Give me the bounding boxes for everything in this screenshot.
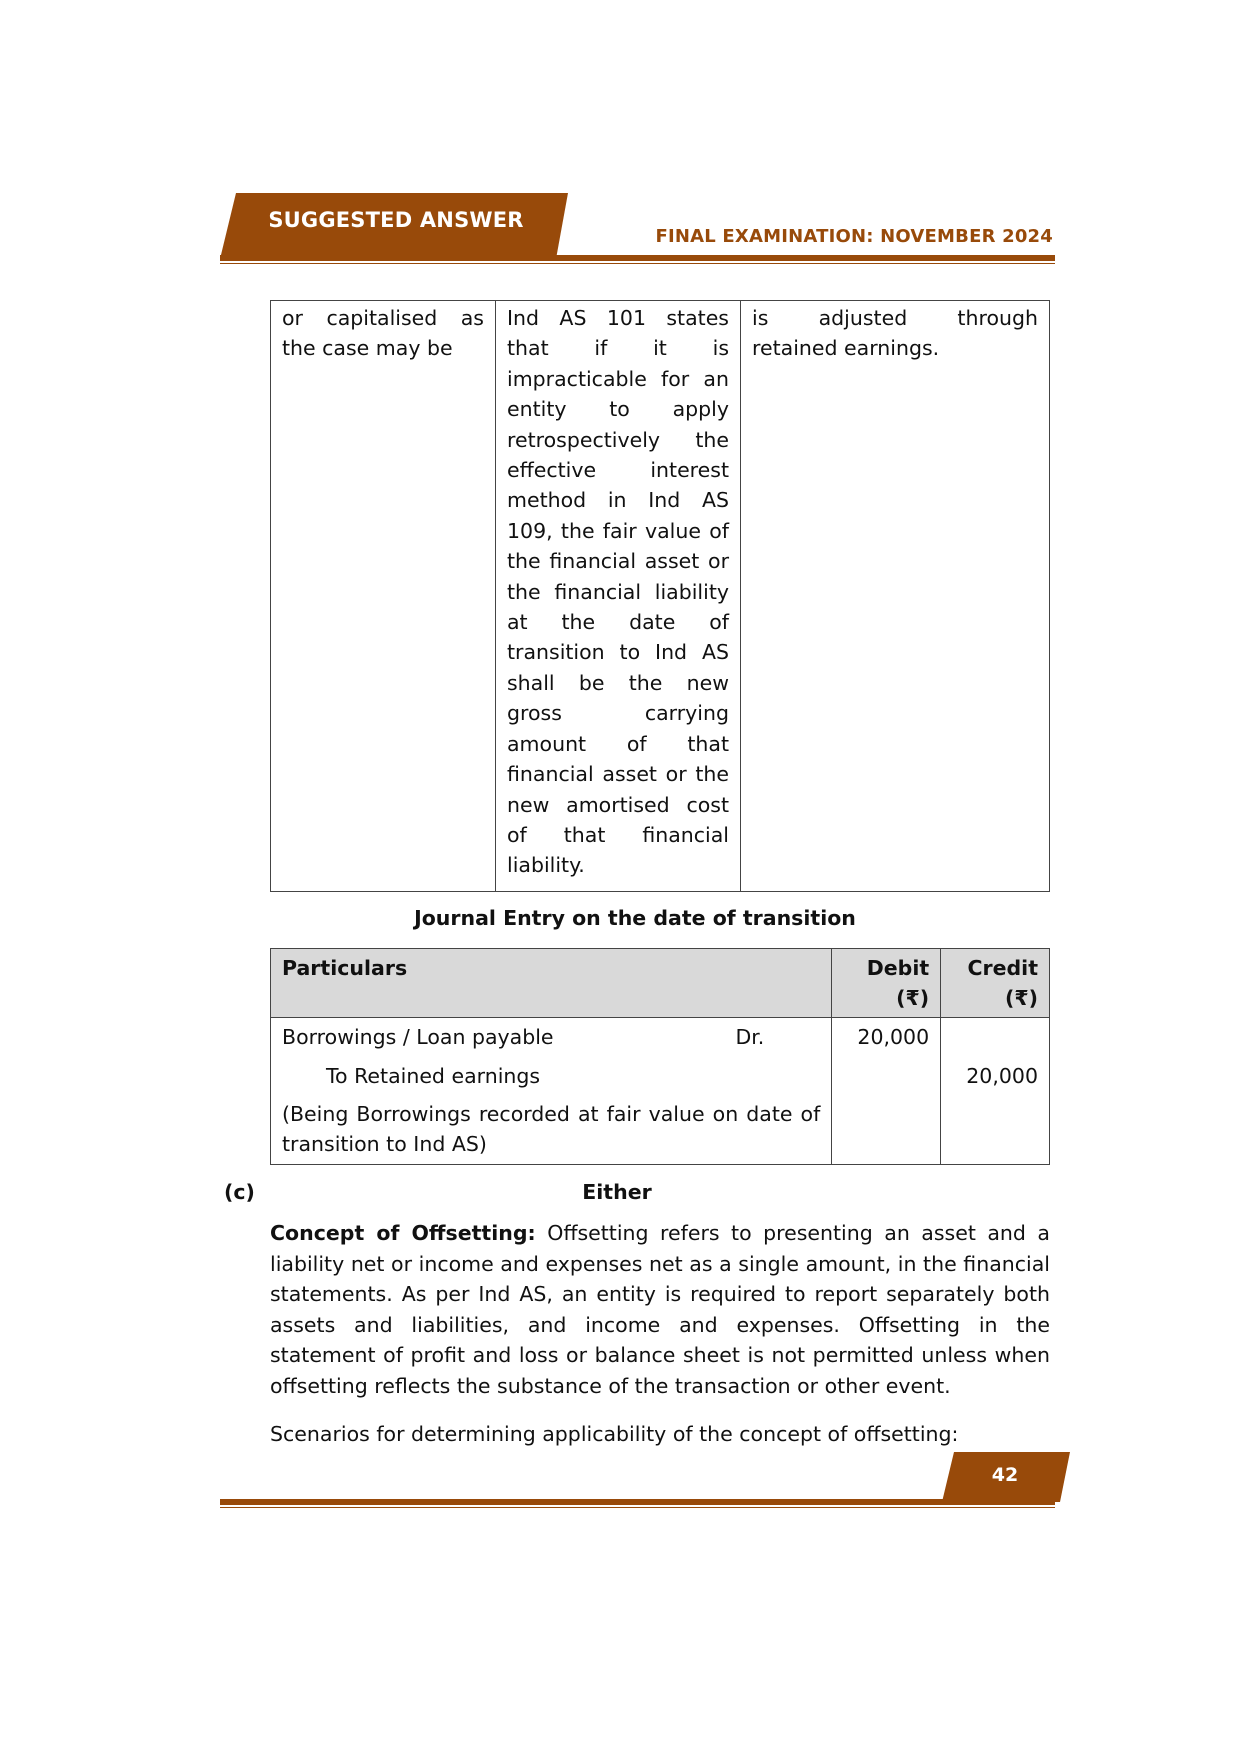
debit-cell: 20,000	[832, 1018, 941, 1165]
journal-table: Particulars Debit (₹) Credit (₹) Borrowi…	[270, 948, 1050, 1165]
journal-body-row: Borrowings / Loan payable Dr. To Retaine…	[271, 1018, 1050, 1165]
scenarios-intro: Scenarios for determining applicability …	[270, 1419, 1050, 1450]
section-label: (c)	[224, 1180, 255, 1204]
journal-title: Journal Entry on the date of transition	[270, 906, 1000, 930]
credit-amount: 20,000	[952, 1061, 1038, 1100]
page-number: 42	[950, 1464, 1060, 1486]
table-row: or capitalised as the case may be Ind AS…	[271, 301, 1050, 892]
footer-rule	[220, 1499, 1055, 1505]
debit-amount: 20,000	[843, 1022, 929, 1061]
entry-account: Borrowings / Loan payable	[282, 1022, 554, 1061]
table-cell-col1: or capitalised as the case may be	[271, 301, 496, 892]
header-rule-thin	[220, 263, 1055, 264]
header-debit-unit: (₹)	[843, 983, 929, 1013]
concept-body: Offsetting refers to presenting an asset…	[270, 1221, 1050, 1398]
header-tab-label: SUGGESTED ANSWER	[236, 208, 556, 232]
particulars-cell: Borrowings / Loan payable Dr. To Retaine…	[271, 1018, 832, 1165]
journal-header-row: Particulars Debit (₹) Credit (₹)	[271, 949, 1050, 1018]
entry-account: To Retained earnings	[326, 1061, 540, 1100]
footer-rule-thin	[220, 1507, 1055, 1508]
exam-title: FINAL EXAMINATION: NOVEMBER 2024	[655, 226, 1053, 247]
concept-paragraph: Concept of Offsetting: Offsetting refers…	[270, 1218, 1050, 1401]
debit-amount	[843, 1061, 929, 1100]
header-credit-unit: (₹)	[952, 983, 1038, 1013]
credit-amount	[952, 1022, 1038, 1061]
journal-narration: (Being Borrowings recorded at fair value…	[282, 1099, 820, 1160]
table-cell-col3: is adjusted through retained earnings.	[741, 301, 1050, 892]
header-debit-label: Debit	[843, 953, 929, 983]
header-debit: Debit (₹)	[832, 949, 941, 1018]
concept-title: Concept of Offsetting:	[270, 1221, 536, 1245]
header-particulars: Particulars	[271, 949, 832, 1018]
header-credit: Credit (₹)	[941, 949, 1050, 1018]
header-rule	[220, 255, 1055, 261]
comparison-table: or capitalised as the case may be Ind AS…	[270, 300, 1050, 892]
header-credit-label: Credit	[952, 953, 1038, 983]
journal-entry-debit-line: Borrowings / Loan payable Dr.	[282, 1022, 820, 1061]
section-heading: Either	[270, 1180, 964, 1204]
credit-cell: 20,000	[941, 1018, 1050, 1165]
table-cell-col2: Ind AS 101 states that if it is impracti…	[496, 301, 741, 892]
entry-dr-marker: Dr.	[735, 1022, 820, 1061]
journal-entry-credit-line: To Retained earnings	[282, 1061, 820, 1100]
